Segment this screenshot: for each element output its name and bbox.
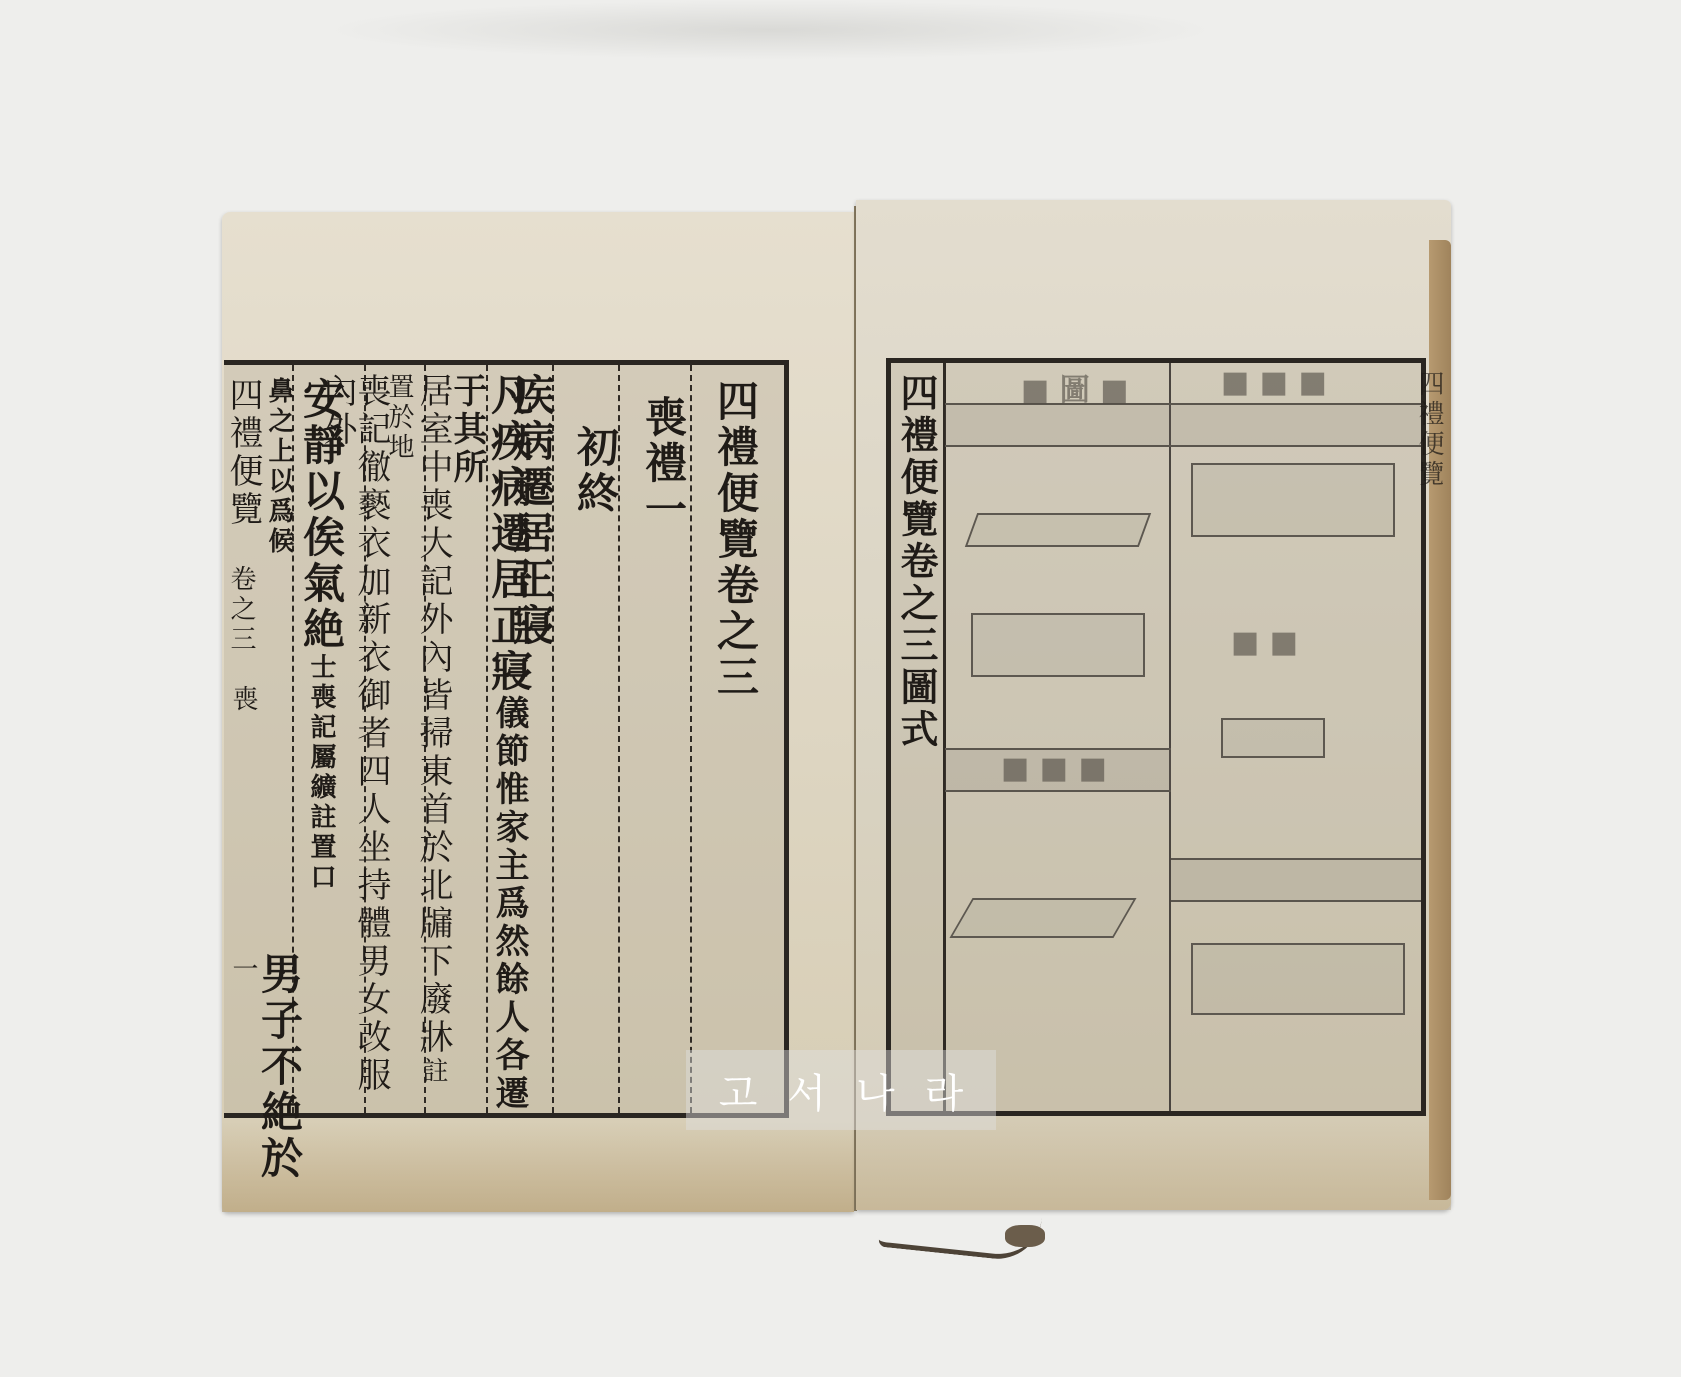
diagram-low-table — [1221, 718, 1325, 758]
watermark-char: 서 — [787, 1062, 826, 1119]
background-shadow — [320, 0, 1220, 60]
diagram-chest-left — [965, 513, 1151, 547]
watermark-char: 나 — [856, 1062, 895, 1119]
diagram-page-title: 四禮便覽卷之三圖式 — [897, 373, 935, 751]
binding-knot — [1005, 1225, 1045, 1247]
margin-page-number: 一 — [230, 955, 256, 985]
chapter-heading: 喪禮一 — [642, 395, 684, 533]
margin-title: 四禮便覽 — [226, 377, 260, 529]
main-text-1: 凡疾病遷居正寢儀節惟家主爲然餘人各遷于其所 — [446, 373, 530, 1113]
right-page-frame: 四禮便覽卷之三圖式 ■ 圖 ■ ■ ■ ■ ■ ■ ■ ■ ■ — [886, 358, 1426, 1116]
diagram-box-left — [971, 613, 1145, 677]
margin-volume: 卷之三 — [228, 565, 254, 655]
paper-stain — [856, 1120, 1451, 1210]
margin-section: 喪 — [230, 685, 256, 715]
diagram-long-box — [1191, 943, 1405, 1015]
watermark: 고 서 나 라 — [686, 1050, 996, 1130]
main-text-3: 男子不絶於 — [258, 952, 300, 1182]
section-heading: 初終 — [574, 425, 616, 517]
diagram-chest-right — [1191, 463, 1395, 537]
diagram-board-holes — [949, 898, 1136, 938]
watermark-char: 라 — [925, 1062, 964, 1119]
watermark-char: 고 — [719, 1062, 758, 1119]
commentary-1: 居室中喪大記外內皆掃東首於北牖下廢牀註置於地 — [382, 373, 450, 1113]
main-text-2-line: 安靜以俟氣絶士喪記屬纊註置口鼻之上以爲候 — [258, 377, 342, 897]
volume-title: 四禮便覽卷之三 — [714, 379, 756, 701]
paper-stain — [222, 1122, 854, 1212]
edge-title: 四禮便覽 — [1416, 370, 1442, 490]
